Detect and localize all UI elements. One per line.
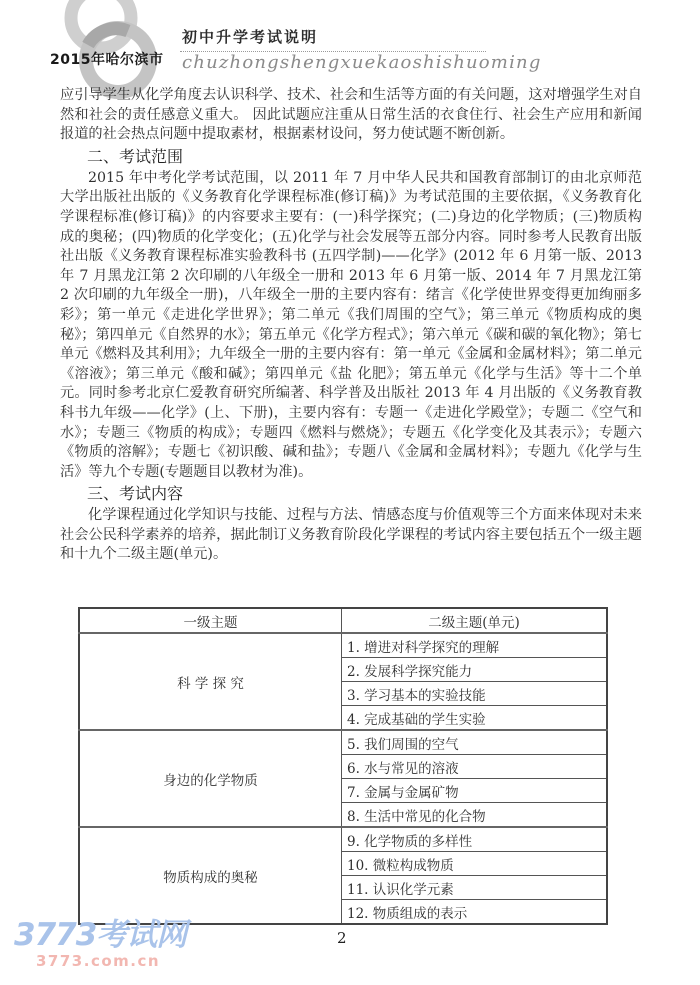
- level2-topic-cell: 6. 水与常见的溶液: [342, 755, 608, 779]
- topics-table: 一级主题 二级主题(单元) 科 学 探 究 1. 增进对科学探究的理解 2. 发…: [78, 607, 608, 925]
- table-header-row: 一级主题 二级主题(单元): [79, 608, 607, 633]
- level2-topic-cell: 5. 我们周围的空气: [342, 730, 608, 755]
- level2-topic-cell: 1. 增进对科学探究的理解: [342, 633, 608, 658]
- level2-topic-cell: 10. 微粒构成物质: [342, 852, 608, 876]
- level1-topic-cell: 身边的化学物质: [79, 730, 342, 827]
- table-row: 物质构成的奥秘 9. 化学物质的多样性: [79, 827, 607, 852]
- level2-topic-cell: 4. 完成基础的学生实验: [342, 706, 608, 731]
- document-body: 应引导学生从化学角度去认识科学、技术、社会和生活等方面的有关问题，这对增强学生对…: [60, 86, 642, 565]
- section-heading-exam-content: 三、考试内容: [60, 482, 642, 506]
- page-number: 2: [337, 929, 347, 947]
- section-heading-exam-scope: 二、考试范围: [60, 145, 642, 169]
- column-header-level2: 二级主题(单元): [342, 608, 608, 633]
- watermark-logo: 3773考试网 3773.com.cn: [14, 918, 186, 970]
- level2-topic-cell: 11. 认识化学元素: [342, 876, 608, 900]
- intro-paragraph: 应引导学生从化学角度去认识科学、技术、社会和生活等方面的有关问题，这对增强学生对…: [60, 86, 642, 145]
- header-title: 初中升学考试说明: [182, 26, 318, 47]
- level2-topic-cell: 9. 化学物质的多样性: [342, 827, 608, 852]
- level1-topic-cell: 物质构成的奥秘: [79, 827, 342, 924]
- table-row: 科 学 探 究 1. 增进对科学探究的理解: [79, 633, 607, 658]
- level2-topic-cell: 7. 金属与金属矿物: [342, 779, 608, 803]
- level2-topic-cell: 12. 物质组成的表示: [342, 900, 608, 925]
- exam-content-paragraph: 化学课程通过化学知识与技能、过程与方法、情感态度与价值观等三个方面来体现对未来社…: [60, 506, 642, 565]
- watermark-main-text: 3773考试网: [14, 918, 186, 952]
- level2-topic-cell: 3. 学习基本的实验技能: [342, 682, 608, 706]
- column-header-level1: 一级主题: [79, 608, 342, 633]
- level2-topic-cell: 2. 发展科学探究能力: [342, 658, 608, 682]
- level2-topic-cell: 8. 生活中常见的化合物: [342, 803, 608, 828]
- header-city-label: 2015年哈尔滨市: [50, 49, 163, 69]
- header-pinyin: chuzhongshengxuekaoshishuoming: [182, 52, 542, 73]
- table-row: 身边的化学物质 5. 我们周围的空气: [79, 730, 607, 755]
- watermark-url-text: 3773.com.cn: [36, 952, 186, 970]
- level1-topic-cell: 科 学 探 究: [79, 633, 342, 730]
- exam-scope-paragraph: 2015 年中考化学考试范围，以 2011 年 7 月中华人民共和国教育部制订的…: [60, 169, 642, 483]
